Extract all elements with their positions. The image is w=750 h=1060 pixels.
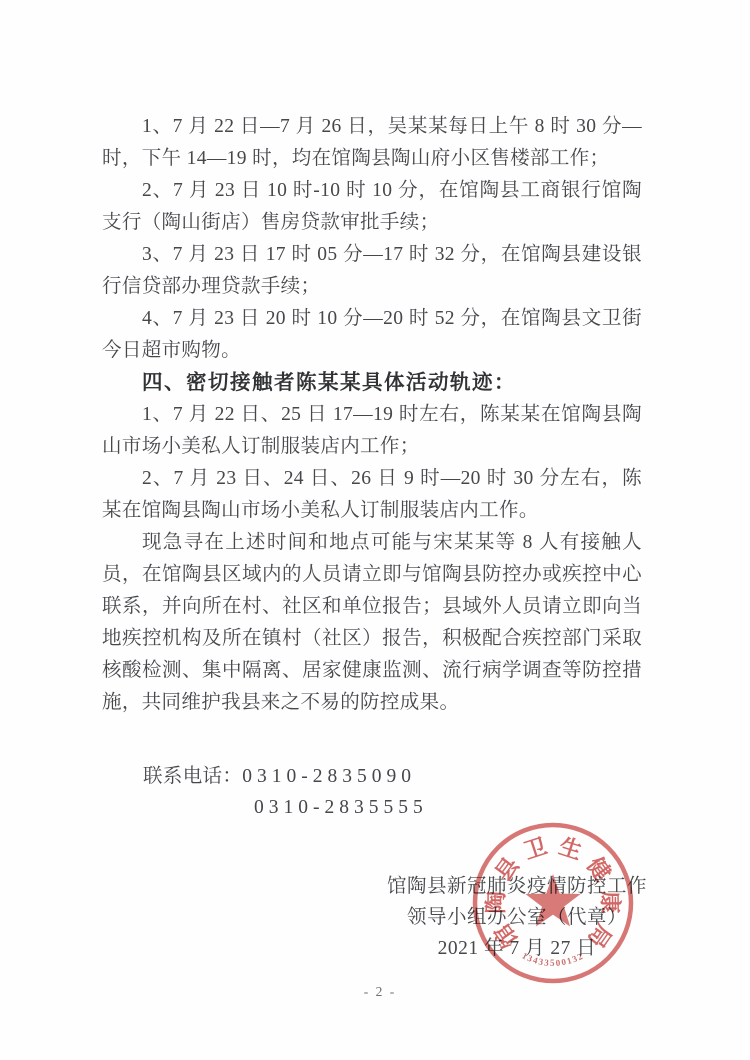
seal-char: 生: [556, 833, 586, 864]
star-icon: [525, 874, 580, 927]
document-page: 1、7 月 22 日—7 月 26 日，吴某某每日上午 8 时 30 分—12 …: [0, 0, 750, 1060]
body-line: 4、7 月 23 日 20 时 10 分—20 时 52 分，在馆陶县文卫街: [102, 303, 642, 335]
body-line: 1、7 月 22 日、25 日 17—19 时左右，陈某某在馆陶县陶: [102, 399, 642, 431]
contact-phone-line: 联系电话：0310-2835090: [102, 761, 642, 792]
body-line: 某在馆陶县陶山市场小美私人订制服装店内工作。: [102, 495, 642, 527]
seal-char: 县: [490, 852, 524, 885]
official-seal: 馆 陶 县 卫 生 健 康 局 13433500132: [470, 820, 636, 986]
seal-char: 康: [597, 891, 623, 914]
body-line: 现急寻在上述时间和地点可能与宋某某等 8 人有接触人: [102, 527, 642, 559]
body-line: 2、7 月 23 日、24 日、26 日 9 时—20 时 30 分左右，陈某: [102, 463, 642, 495]
seal-serial-number: 13433500132: [520, 950, 585, 968]
body-line: 支行（陶山街店）售房贷款审批手续；: [102, 207, 642, 239]
document-body: 1、7 月 22 日—7 月 26 日，吴某某每日上午 8 时 30 分—12 …: [102, 111, 642, 719]
seal-char: 局: [583, 919, 616, 952]
page-number: - 2 -: [348, 984, 412, 1000]
body-line: 联系，并向所在村、社区和单位报告；县域外人员请立即向当: [102, 591, 642, 623]
body-line: 员，在馆陶县区域内的人员请立即与馆陶县防控办或疾控中心: [102, 559, 642, 591]
body-line: 施，共同维护我县来之不易的防控成果。: [102, 687, 642, 719]
body-line: 1、7 月 22 日—7 月 26 日，吴某某每日上午 8 时 30 分—12: [102, 111, 642, 143]
body-line: 时，下午 14—19 时，均在馆陶县陶山府小区售楼部工作；: [102, 143, 642, 175]
contact-info: 联系电话：0310-2835090 0310-2835555: [102, 761, 642, 823]
contact-phone-2: 0310-2835555: [254, 797, 428, 818]
body-line: 行信贷部办理贷款手续；: [102, 271, 642, 303]
contact-label: 联系电话：: [143, 766, 242, 787]
seal-char: 陶: [482, 890, 508, 913]
body-line: 3、7 月 23 日 17 时 05 分—17 时 32 分，在馆陶县建设银: [102, 239, 642, 271]
body-line: 山市场小美私人订制服装店内工作；: [102, 431, 642, 463]
section-heading: 四、密切接触者陈某某具体活动轨迹：: [102, 367, 642, 399]
seal-char: 健: [582, 853, 616, 886]
seal-char: 卫: [521, 833, 551, 864]
body-line: 地疾控机构及所在镇村（社区）报告，积极配合疾控部门采取: [102, 623, 642, 655]
body-line: 核酸检测、集中隔离、居家健康监测、流行病学调查等防控措: [102, 655, 642, 687]
contact-phone-line: 0310-2835555: [102, 792, 642, 823]
body-line: 今日超市购物。: [102, 335, 642, 367]
seal-char: 馆: [489, 919, 523, 953]
body-line: 2、7 月 23 日 10 时-10 时 10 分，在馆陶县工商银行馆陶: [102, 175, 642, 207]
contact-phone-1: 0310-2835090: [242, 766, 416, 787]
